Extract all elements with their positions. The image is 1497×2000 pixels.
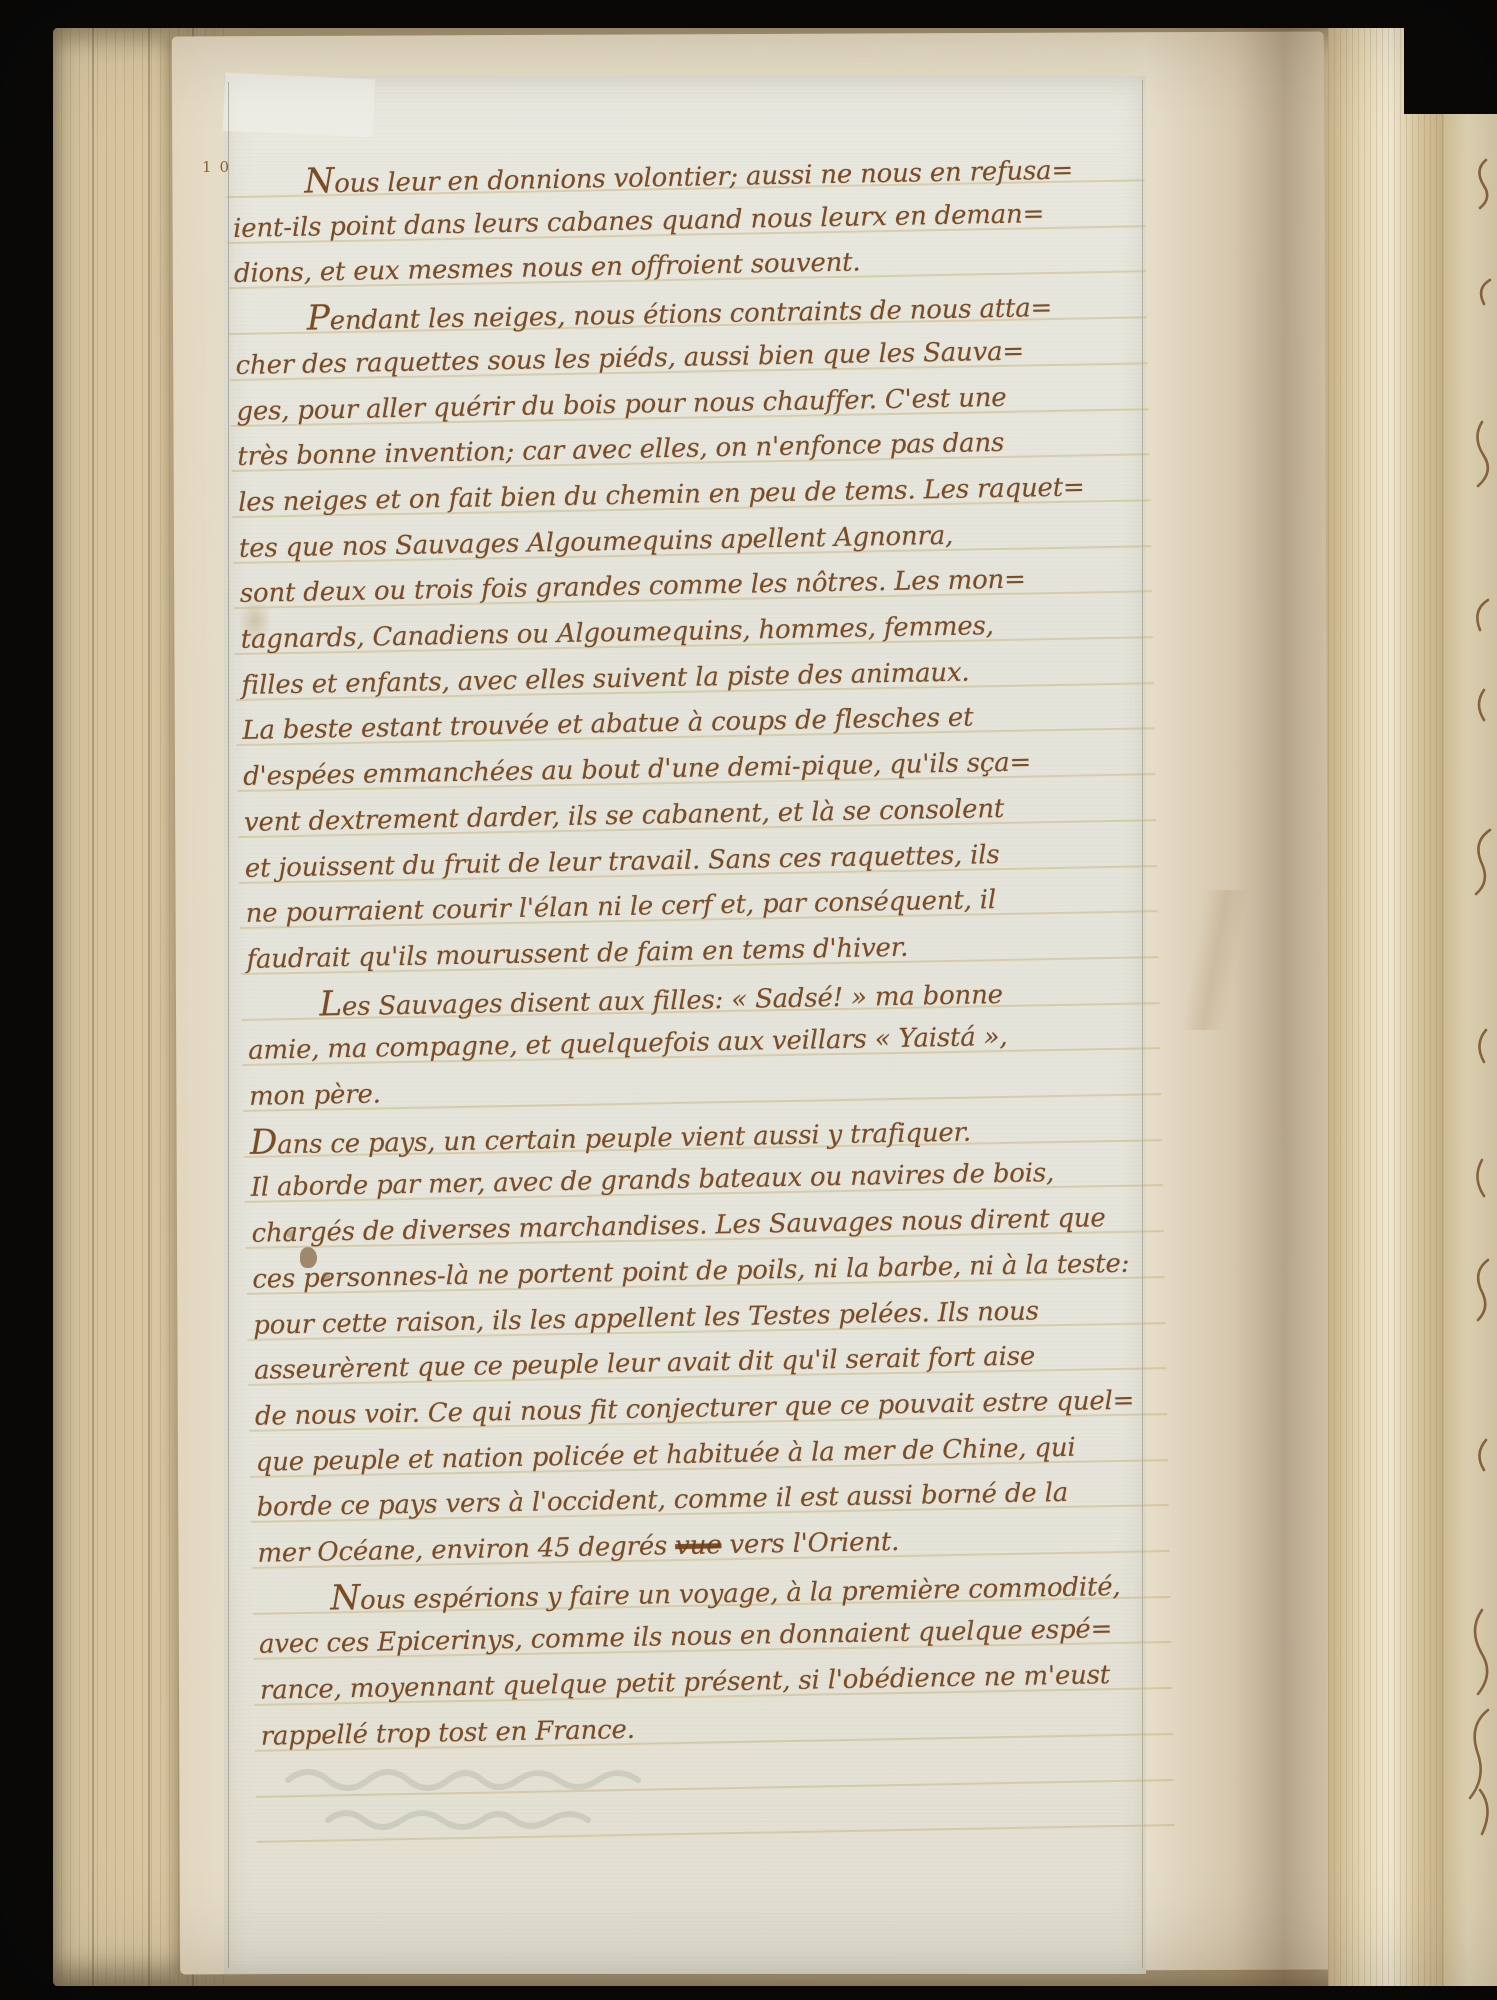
photo-border-left xyxy=(0,0,53,2000)
manuscript-line: Il aborde par mer, avec de grands bateau… xyxy=(250,1156,1054,1205)
manuscript-line: tes que nos Sauvages Algoumequins apelle… xyxy=(239,518,954,565)
manuscript-line: sont deux ou trois fois grandes comme le… xyxy=(240,563,1026,611)
manuscript-line: Pendant les neiges, nous étions contrain… xyxy=(307,288,1053,339)
manuscript-line: chargés de diverses marchandises. Les Sa… xyxy=(251,1201,1106,1251)
manuscript-line: pour cette raison, ils les appellent les… xyxy=(253,1294,1039,1342)
manuscript-line: et jouissent du fruit de leur travail. S… xyxy=(245,838,1000,886)
manuscript-line: cher des raquettes sous les piéds, aussi… xyxy=(235,334,1024,382)
manuscript-line: d'espées emmanchées au bout d'une demi-p… xyxy=(243,746,1031,794)
manuscript-line: de nous voir. Ce qui nous fit conjecture… xyxy=(255,1384,1135,1434)
manuscript-line: mon père. xyxy=(249,1077,381,1113)
manuscript-line: rance, moyennant quelque petit présent, … xyxy=(260,1658,1111,1708)
manuscript-line: dions, et eux mesmes nous en offroient s… xyxy=(234,246,861,291)
manuscript-line: mer Océane, environ 45 degrés vue vers l… xyxy=(257,1525,899,1571)
manuscript-line: amie, ma compagne, et quelquefois aux ve… xyxy=(248,1020,1008,1068)
gutter-shadow xyxy=(1146,26,1328,1988)
manuscript-line: très bonne invention; car avec elles, on… xyxy=(237,426,1004,474)
manuscript-line: Nous espérions y faire un voyage, à la p… xyxy=(330,1567,1121,1618)
text-block: Nous leur en donnions volontier; aussi n… xyxy=(232,149,1175,1845)
manuscript-line: ces personnes-là ne portent point de poi… xyxy=(252,1247,1129,1297)
margin-rule-left xyxy=(228,82,229,1968)
facing-page-ink-marks xyxy=(1452,130,1497,1850)
manuscript-line: La beste estant trouvée et abatue à coup… xyxy=(242,701,974,748)
manuscript-line: asseurèrent que ce peuple leur avait dit… xyxy=(254,1340,1036,1388)
page-edge-line xyxy=(92,26,94,1988)
manuscript-line: rappellé trop tost en France. xyxy=(260,1713,635,1754)
manuscript-line: tagnards, Canadiens ou Algoumequins, hom… xyxy=(240,609,994,657)
bleedthrough-ghost-writing xyxy=(268,1752,808,1852)
manuscript-line: faudrait qu'ils mourussent de faim en te… xyxy=(246,931,908,977)
struck-word: vue xyxy=(675,1530,722,1561)
sheet-corner-patch xyxy=(223,73,375,137)
manuscript-line: ient-ils point dans leurs cabanes quand … xyxy=(233,197,1045,246)
manuscript-line: ges, pour aller quérir du bois pour nous… xyxy=(236,380,1007,428)
photo-border-bottom xyxy=(0,1986,1497,2000)
manuscript-line: que peuple et nation policée et habituée… xyxy=(255,1430,1075,1479)
manuscript-line: Les Sauvages disent aux filles: « Sadsé!… xyxy=(319,975,1003,1025)
manuscript-line: vent dextrement darder, ils se cabanent,… xyxy=(244,792,1005,840)
book-fore-edge xyxy=(1328,26,1446,1988)
manuscript-photo: 10 Nous leur en donnions volontier; auss… xyxy=(0,0,1497,2000)
manuscript-line: borde ce pays vers à l'occident, comme i… xyxy=(256,1476,1068,1525)
manuscript-line: filles et enfants, avec elles suivent la… xyxy=(241,655,970,702)
page-edge-line xyxy=(148,26,150,1988)
photo-border-top xyxy=(0,0,1497,28)
manuscript-line: ne pourraient courir l'élan ni le cerf e… xyxy=(245,883,996,931)
manuscript-line: les neiges et on fait bien du chemin en … xyxy=(238,470,1085,520)
manuscript-line: avec ces Epicerinys, comme ils nous en d… xyxy=(259,1613,1113,1663)
photo-border-corner xyxy=(1404,0,1497,114)
manuscript-line: Dans ce pays, un certain peuple vient au… xyxy=(250,1112,972,1162)
